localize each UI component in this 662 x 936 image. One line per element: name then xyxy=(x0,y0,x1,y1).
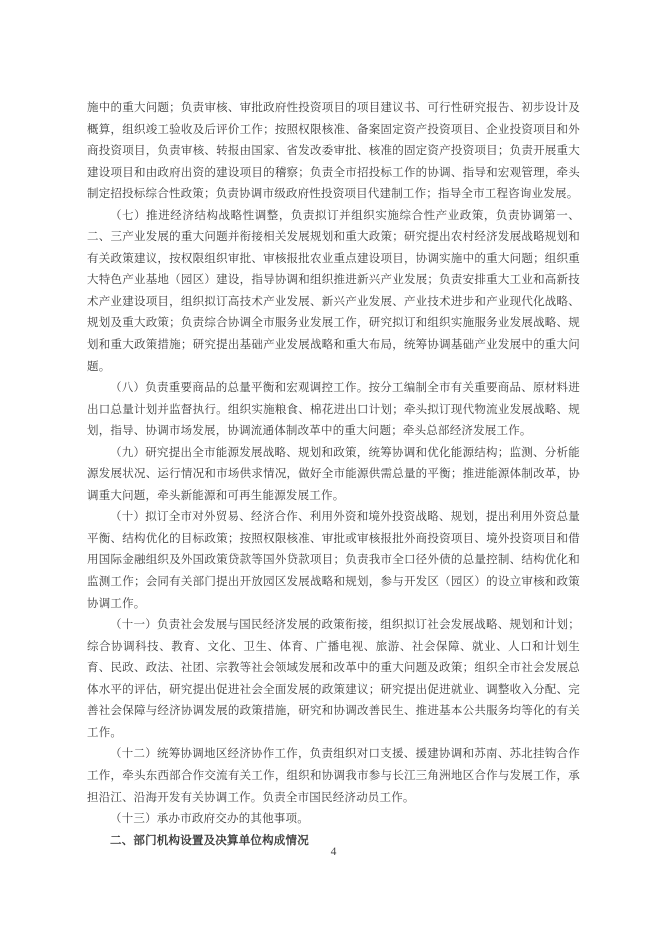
duty-item-11: （十一）负责社会发展与国民经济发展的政策衔接，组织拟订社会发展战略、规划和计划；… xyxy=(87,615,580,744)
duty-item-7: （七）推进经济结构战略性调整，负责拟订并组织实施综合性产业政策，负责协调第一、二… xyxy=(87,206,580,378)
document-page: 施中的重大问题；负责审核、审批政府性投资项目的项目建议书、可行性研究报告、初步设… xyxy=(0,0,662,936)
page-number: 4 xyxy=(87,846,580,858)
body-paragraph-continuation: 施中的重大问题；负责审核、审批政府性投资项目的项目建议书、可行性研究报告、初步设… xyxy=(87,98,580,206)
duty-item-12: （十二）统筹协调地区经济协作工作，负责组织对口支援、援建协调和苏南、苏北挂钩合作… xyxy=(87,744,580,809)
duty-item-13: （十三）承办市政府交办的其他事项。 xyxy=(87,809,580,831)
document-body: 施中的重大问题；负责审核、审批政府性投资项目的项目建议书、可行性研究报告、初步设… xyxy=(87,98,580,852)
duty-item-8: （八）负责重要商品的总量平衡和宏观调控工作。按分工编制全市有关重要商品、原材料进… xyxy=(87,378,580,443)
duty-item-10: （十）拟订全市对外贸易、经济合作、利用外资和境外投资战略、规划，提出利用外资总量… xyxy=(87,507,580,615)
duty-item-9: （九）研究提出全市能源发展战略、规划和政策，统筹协调和优化能源结构；监测、分析能… xyxy=(87,443,580,508)
